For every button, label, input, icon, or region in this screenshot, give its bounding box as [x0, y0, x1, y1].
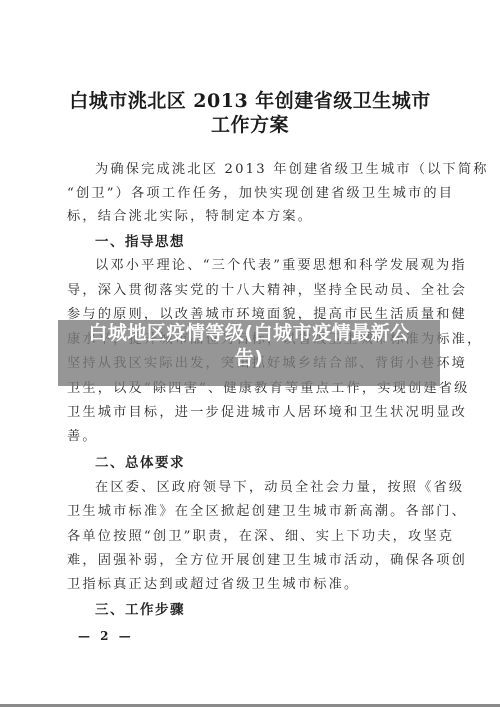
body-line: 难，固强补弱，全方位开展创建卫生城市活动，确保各项创 — [67, 552, 439, 570]
body-line: 善。 — [67, 428, 439, 446]
document-title-line1: 白城市洮北区 2013 年创建省级卫生城市 — [0, 86, 500, 113]
body-line: 卫生城市目标，进一步促进城市人居环境和卫生状况明显改 — [67, 404, 439, 422]
caption-line1: 白城地区疫情等级(白城市疫情最新公 — [58, 321, 440, 346]
intro-line: 为确保完成洮北区 2013 年创建省级卫生城市（以下简称 — [95, 161, 439, 179]
body-line: 导，深入贯彻落实党的十八大精神，坚持全民动员、全社会 — [67, 282, 439, 300]
section-heading-guiding-ideology: 一、指导思想 — [95, 233, 185, 251]
body-line: 各单位按照“创卫”职责，在深、细、实上下功夫，攻坚克 — [67, 528, 439, 546]
page-number: — 2 — — [78, 629, 134, 643]
body-line: 卫生城市标准》在全区掀起创建卫生城市新高潮。各部门、 — [67, 503, 439, 521]
body-line: 在区委、区政府领导下，动员全社会力量，按照《省级 — [95, 479, 439, 497]
body-line: 卫指标真正达到或超过省级卫生城市标准。 — [67, 576, 439, 594]
intro-line: “创卫”）各项工作任务，加快实现创建省级卫生城市的目 — [67, 185, 439, 203]
body-line: 以邓小平理论、“三个代表”重要思想和科学发展观为指 — [95, 257, 439, 275]
caption-overlay: 白城地区疫情等级(白城市疫情最新公 告) — [58, 321, 440, 371]
document-title-line2: 工作方案 — [0, 110, 500, 137]
caption-line2: 告) — [58, 346, 440, 371]
section-heading-general-requirements: 二、总体要求 — [95, 454, 185, 472]
section-heading-work-steps: 三、工作步骤 — [95, 601, 185, 619]
intro-line: 标，结合洮北实际，特制定本方案。 — [67, 208, 439, 226]
